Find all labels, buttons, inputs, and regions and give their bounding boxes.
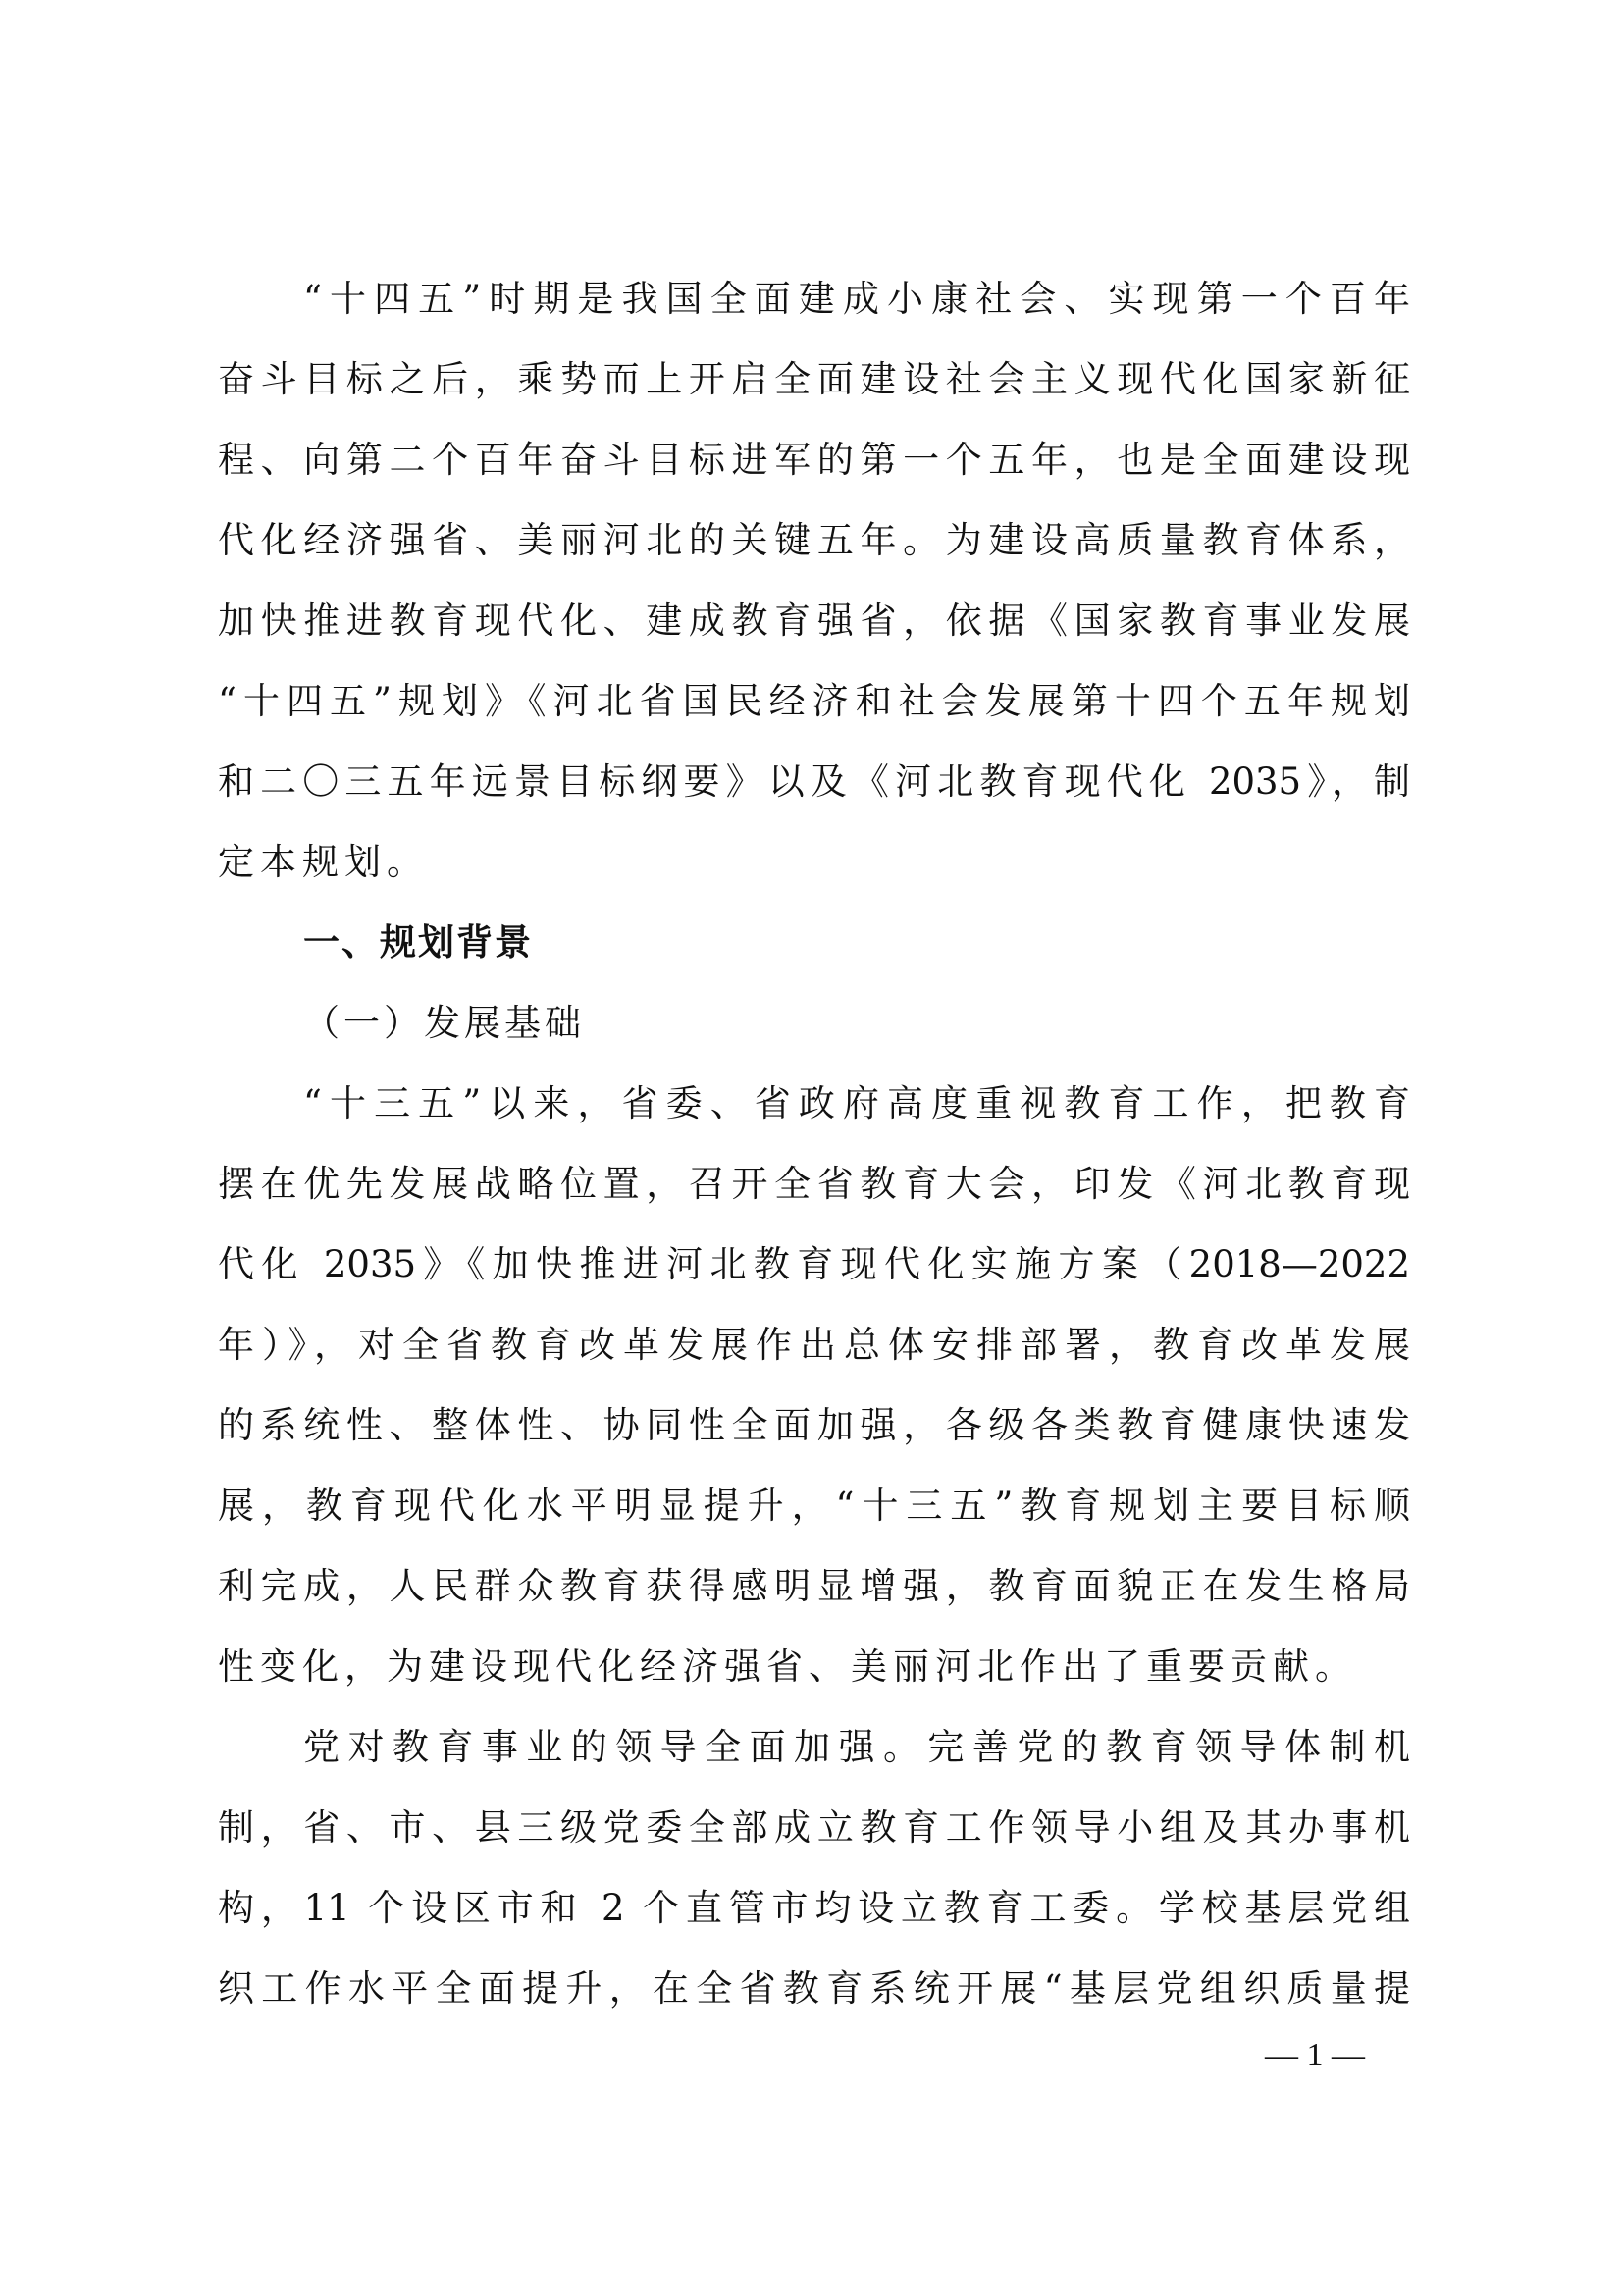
intro-line-8: 定本规划。 [218, 833, 1410, 892]
section-heading: 一、规划背景 [303, 913, 1410, 972]
foundation-line-6: 展，教育现代化水平明显提升，“十三五”教育规划主要目标顺 [218, 1477, 1410, 1536]
party-line-2: 制，省、市、县三级党委全部成立教育工作领导小组及其办事机 [218, 1799, 1410, 1857]
party-line-1: 党对教育事业的领导全面加强。完善党的教育领导体制机 [303, 1718, 1410, 1777]
foundation-line-4: 年）》，对全省教育改革发展作出总体安排部署，教育改革发展 [218, 1316, 1410, 1375]
party-line-4: 织工作水平全面提升，在全省教育系统开展“基层党组织质量提 [218, 1959, 1410, 2018]
page-number: — 1 — [1231, 2029, 1398, 2082]
intro-line-1: “十四五”时期是我国全面建成小康社会、实现第一个百年 [303, 270, 1410, 329]
foundation-line-3: 代化 2035》《加快推进河北教育现代化实施方案（2018—2022 [218, 1235, 1410, 1294]
document-page: “十四五”时期是我国全面建成小康社会、实现第一个百年 奋斗目标之后，乘势而上开启… [0, 0, 1624, 2296]
foundation-line-7: 利完成，人民群众教育获得感明显增强，教育面貌正在发生格局 [218, 1557, 1410, 1616]
foundation-line-1: “十三五”以来，省委、省政府高度重视教育工作，把教育 [303, 1074, 1410, 1133]
foundation-line-5: 的系统性、整体性、协同性全面加强，各级各类教育健康快速发 [218, 1396, 1410, 1455]
intro-line-3: 程、向第二个百年奋斗目标进军的第一个五年，也是全面建设现 [218, 431, 1410, 490]
intro-line-5: 加快推进教育现代化、建成教育强省，依据《国家教育事业发展 [218, 592, 1410, 651]
foundation-line-2: 摆在优先发展战略位置，召开全省教育大会，印发《河北教育现 [218, 1155, 1410, 1214]
foundation-line-8: 性变化，为建设现代化经济强省、美丽河北作出了重要贡献。 [218, 1638, 1410, 1696]
intro-line-6: “十四五”规划》《河北省国民经济和社会发展第十四个五年规划 [218, 672, 1410, 731]
intro-line-7: 和二〇三五年远景目标纲要》以及《河北教育现代化 2035》，制 [218, 753, 1410, 811]
subsection-heading: （一）发展基础 [303, 994, 1410, 1053]
party-line-3: 构，11 个设区市和 2 个直管市均设立教育工委。学校基层党组 [218, 1879, 1410, 1938]
intro-line-4: 代化经济强省、美丽河北的关键五年。为建设高质量教育体系， [218, 511, 1410, 570]
intro-line-2: 奋斗目标之后，乘势而上开启全面建设社会主义现代化国家新征 [218, 350, 1410, 409]
